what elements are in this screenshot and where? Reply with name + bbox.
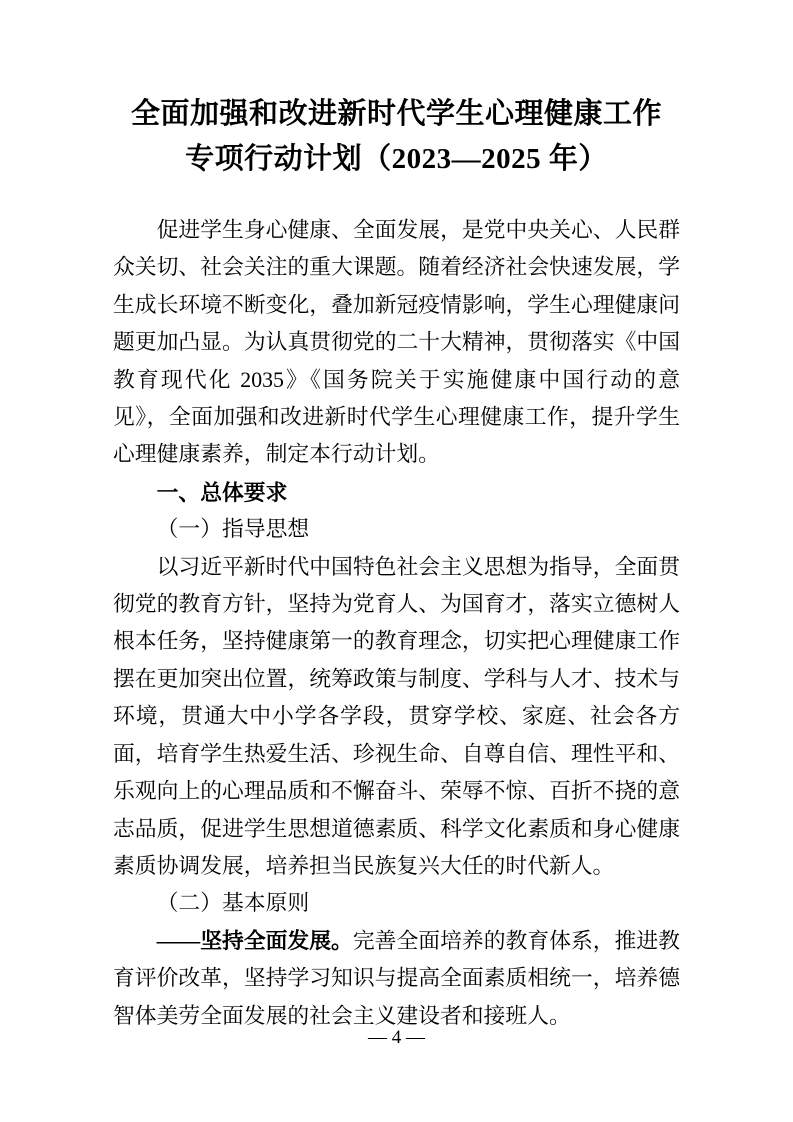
principle-comprehensive-development-paragraph: ——坚持全面发展。完善全面培养的教育体系，推进教育评价改革，坚持学习知识与提高全… [113, 923, 680, 1035]
subsection-heading-guiding-ideology: （一）指导思想 [113, 511, 680, 548]
intro-paragraph: 促进学生身心健康、全面发展，是党中央关心、人民群众关切、社会关注的重大课题。随着… [113, 212, 680, 474]
subsection-heading-basic-principles: （二）基本原则 [113, 885, 680, 922]
document-title: 全面加强和改进新时代学生心理健康工作 专项行动计划（2023—2025 年） [113, 92, 680, 182]
document-title-line2: 专项行动计划（2023—2025 年） [113, 137, 680, 182]
principle-comprehensive-development-lead: ——坚持全面发展。 [157, 929, 353, 953]
guiding-ideology-paragraph: 以习近平新时代中国特色社会主义思想为指导，全面贯彻党的教育方针，坚持为党育人、为… [113, 549, 680, 886]
document-page: 全面加强和改进新时代学生心理健康工作 专项行动计划（2023—2025 年） 促… [0, 0, 793, 1122]
document-title-line1: 全面加强和改进新时代学生心理健康工作 [113, 92, 680, 137]
page-number: — 4 — [0, 1026, 793, 1050]
section-heading-overall-requirements: 一、总体要求 [113, 474, 680, 511]
document-body: 促进学生身心健康、全面发展，是党中央关心、人民群众关切、社会关注的重大课题。随着… [113, 212, 680, 1035]
